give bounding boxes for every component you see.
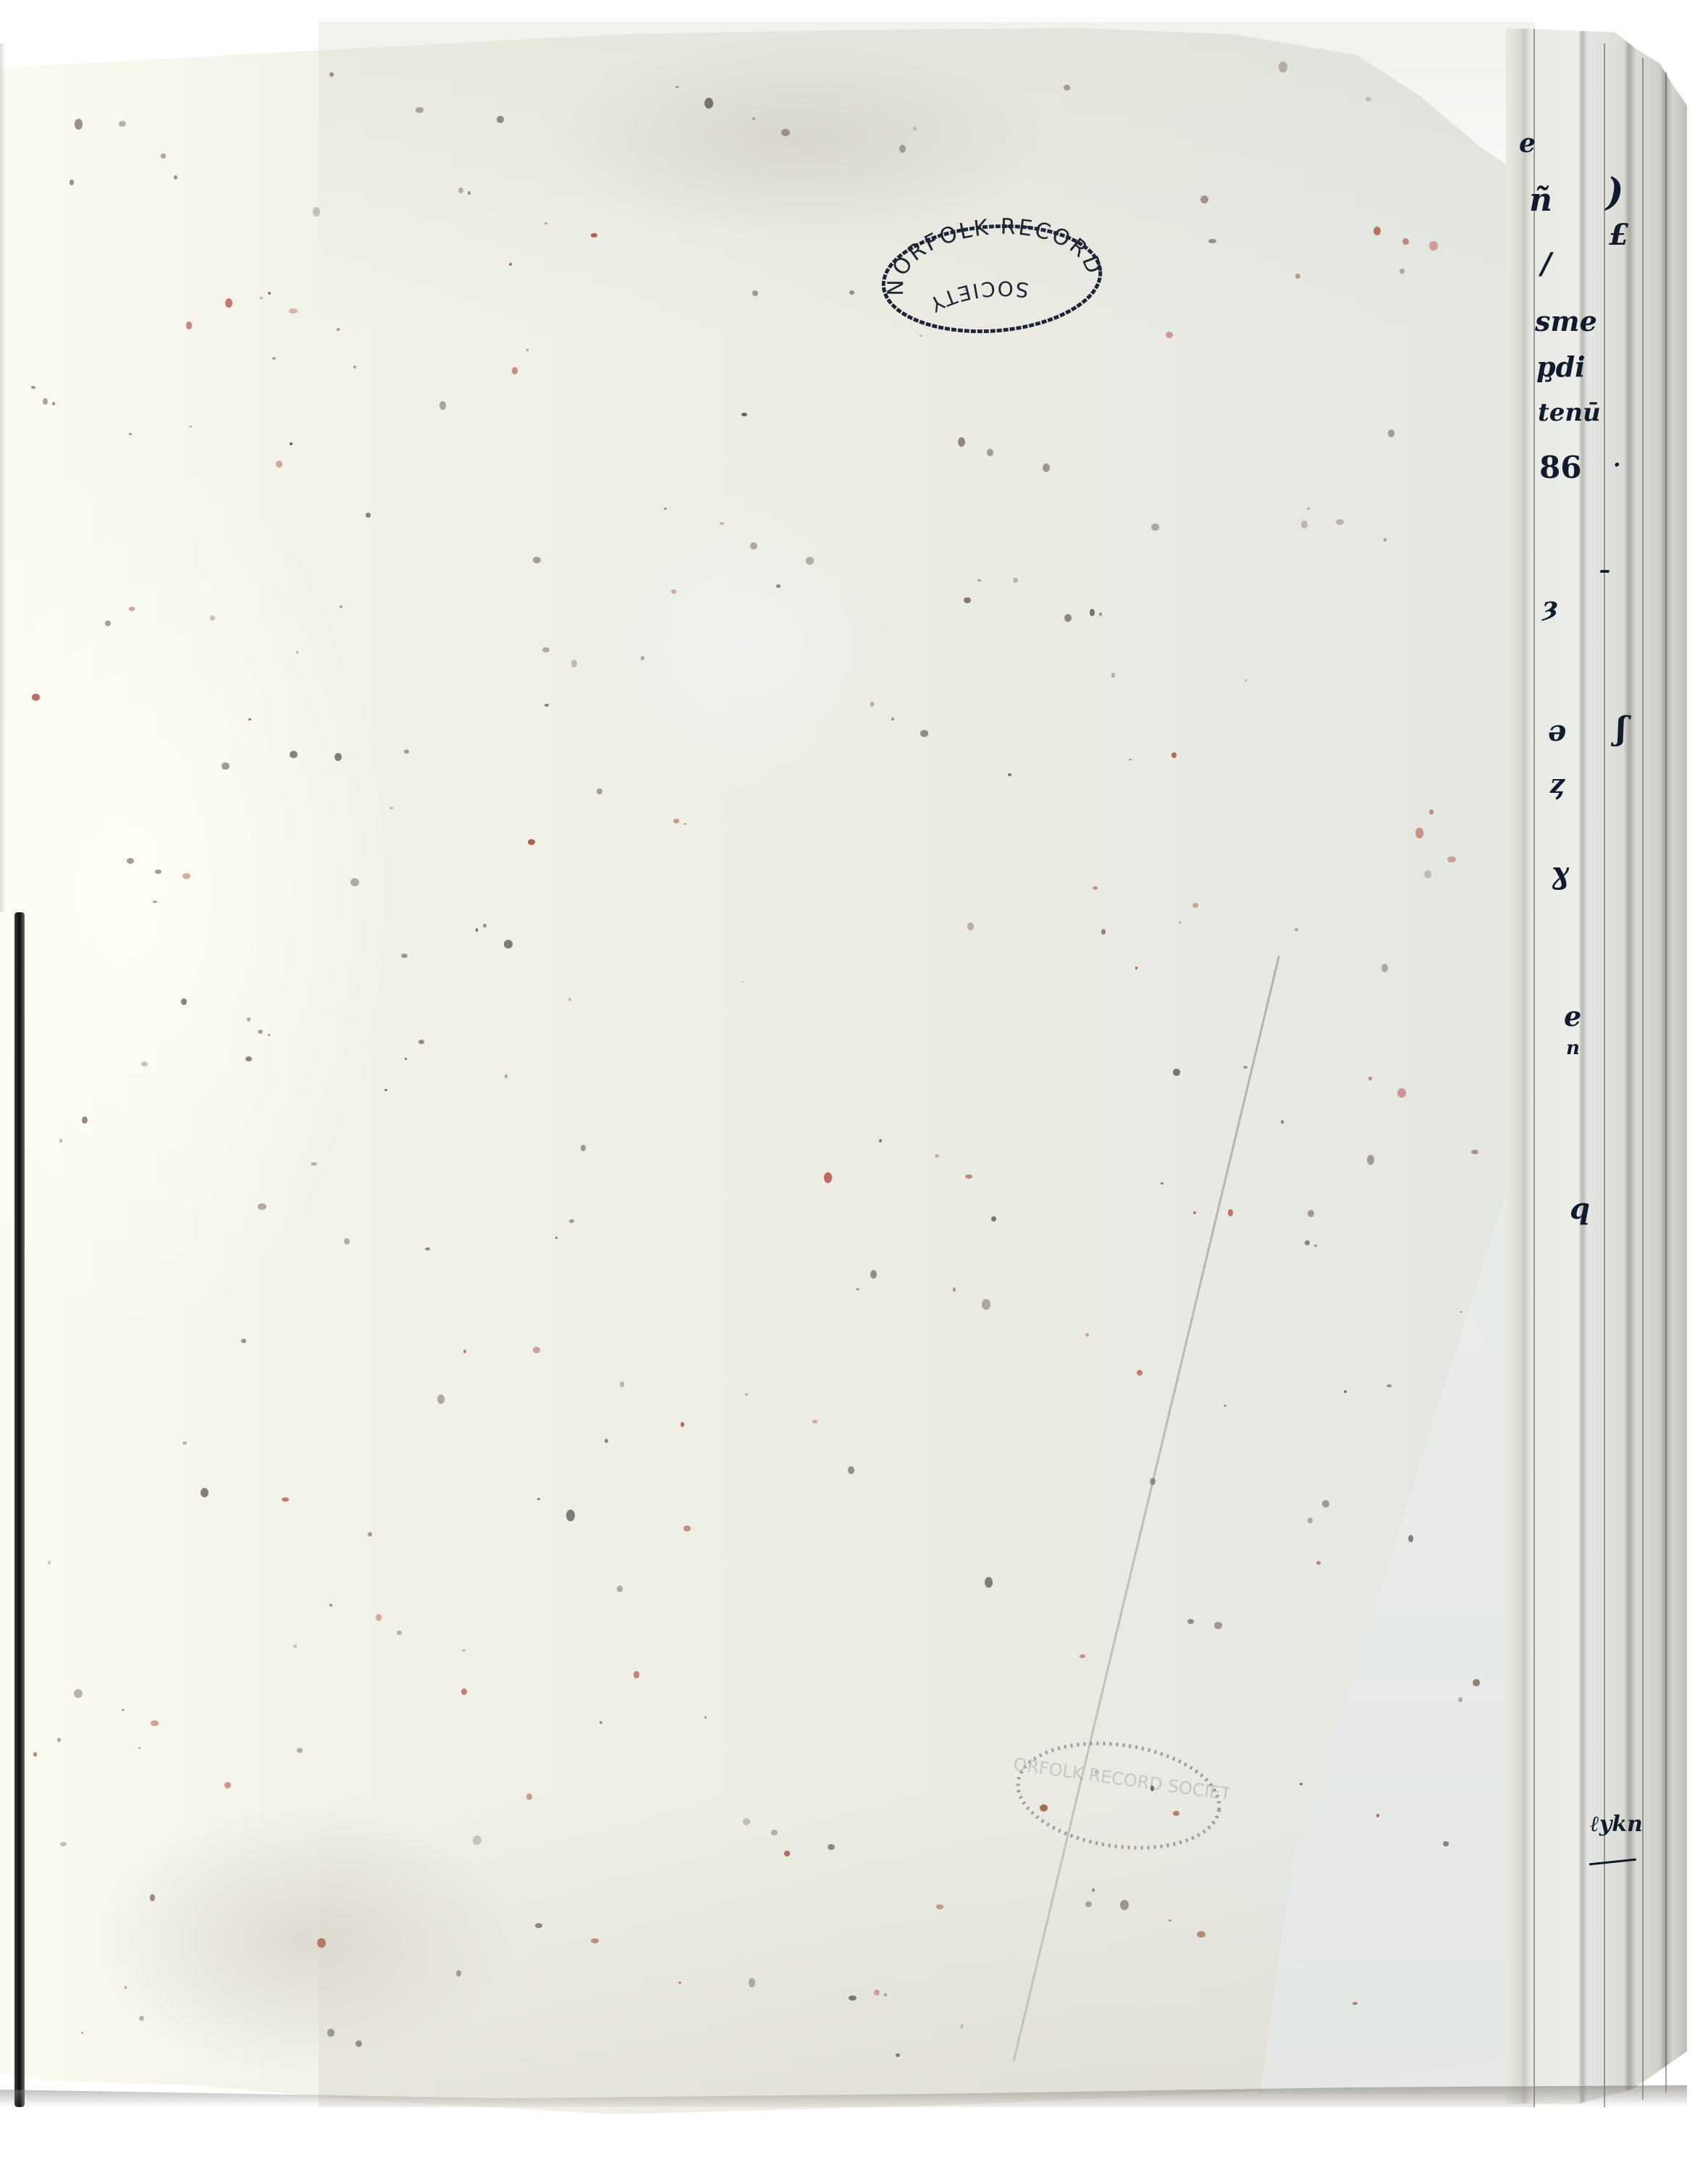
foxing-speck [222,762,229,770]
foxing-speck [248,718,251,720]
foxing-speck [849,1995,856,2001]
foxing-speck [958,437,965,447]
leaf-edge-line [1534,29,1535,2107]
foxing-speck [512,367,518,374]
foxing-speck [327,2029,335,2037]
foxing-speck [581,1145,586,1151]
marginal-word: sme [1535,308,1597,335]
foxing-speck [620,1381,624,1387]
foxing-speck [1447,857,1455,863]
foxing-speck [784,1851,789,1856]
foxing-speck [397,1631,402,1635]
marginal-glyph: ) [1606,174,1624,211]
foxing-speck [920,335,922,337]
foxing-speck [965,1174,972,1179]
stamp-oval-icon: NORFOLK RECORD SOCIETY [872,209,1111,348]
foxing-speck [1366,97,1371,102]
foxing-speck [745,1393,748,1396]
foxing-speck [1443,1841,1448,1846]
foxing-speck [1281,1120,1284,1124]
foxing-speck [1214,1622,1222,1628]
foxing-speck [1187,1619,1194,1623]
foxing-speck [1173,1069,1180,1075]
foxing-speck [771,1830,778,1835]
foxing-speck [1408,1535,1413,1542]
foxing-speck [891,718,894,720]
foxing-speck [201,1488,209,1497]
foxing-speck [743,1818,750,1825]
foxing-speck [70,180,74,185]
blank-leaf [0,22,1542,2114]
foxing-speck [268,1034,271,1036]
foxing-speck [967,922,973,930]
foxing-speck [247,1017,251,1022]
foxing-speck [1415,828,1423,838]
foxing-speck [1307,508,1310,510]
foxing-speck [1171,752,1177,758]
foxing-speck [276,460,282,467]
foxing-speck [1429,241,1437,251]
marginal-glyph: ȝ [1542,594,1558,620]
foxing-speck [1308,1518,1313,1523]
foxing-speck [605,1439,608,1443]
foxing-speck [311,1162,316,1166]
norfolk-record-society-stamp: NORFOLK RECORD SOCIETY [872,209,1111,348]
foxing-speck [1197,1931,1206,1938]
foxing-speck [935,1154,939,1158]
foxing-speck [673,819,678,823]
foxing-speck [337,328,340,331]
foxing-speck [987,449,993,457]
foxing-speck [566,1510,575,1521]
manuscript-scan: NORFOLK RECORD SOCIETY NORFOLK RECORD SO… [0,0,1708,2162]
foxing-speck [1090,609,1095,616]
foxing-speck [533,1347,540,1353]
foxing-speck [125,1986,127,1988]
faded-stamp-text: NORFOLK RECORD SOCIETY [1003,1752,1235,1806]
foxing-speck [1135,967,1137,969]
foxing-speck [884,1993,887,1996]
marginal-glyph: e [1564,1003,1581,1030]
foxing-speck [1424,870,1432,878]
foxing-speck [52,402,55,405]
foxing-speck [32,694,41,701]
foxing-speck [241,1339,246,1343]
marginal-glyph: / [1541,250,1552,279]
foxing-speck [750,542,757,550]
foxing-speck [416,107,424,113]
foxing-speck [961,2024,964,2028]
foxing-speck [129,433,132,435]
marginal-glyph: n [1566,1039,1580,1058]
foxing-speck [597,788,602,794]
leaf-edge-line [1604,43,1605,2107]
foxing-speck [1179,921,1181,924]
foxing-speck [1093,886,1098,890]
foxing-speck [210,615,215,621]
foxing-speck [537,1498,540,1500]
foxing-speck [752,117,755,120]
foxing-speck [526,1793,532,1800]
leaf-edge-line [1665,72,1667,2092]
marginal-glyph: ȥ [1549,771,1564,797]
foxing-speck [335,753,342,761]
foxing-speck [353,366,356,369]
foxing-speck [1008,773,1011,776]
foxing-speck [272,357,276,360]
marginal-word: tenū [1538,400,1601,425]
foxing-speck [1099,613,1102,616]
foxing-speck [849,290,854,295]
foxing-speck [289,308,298,314]
foxing-speck [181,998,186,1005]
marginal-glyph: q [1570,1195,1590,1224]
foxing-speck [473,1835,481,1845]
foxing-speck [1040,1804,1048,1812]
foxing-speck [591,233,597,237]
foxing-speck [186,321,193,329]
foxing-speck [1101,929,1106,935]
foxing-speck [641,656,644,660]
foxing-speck [75,119,83,129]
foxing-speck [182,873,190,880]
foxing-speck [105,621,110,626]
foxing-speck [418,1040,424,1044]
foxing-speck [936,1904,943,1909]
foxing-speck [568,998,571,1001]
foxing-speck [468,191,471,194]
foxing-speck [544,222,547,224]
foxing-speck [1120,1900,1129,1910]
marginal-glyph: e [1519,130,1536,156]
marginal-glyph: . [1613,449,1620,471]
foxing-speck [74,1689,83,1698]
foxing-speck [182,1442,187,1444]
foxing-speck [749,1978,756,1988]
foxing-speck [964,290,966,292]
foxing-speck [82,1116,88,1124]
foxing-speck [1137,1370,1143,1376]
foxing-speck [1384,538,1387,542]
foxing-speck [1473,1679,1480,1686]
foxing-speck [60,1842,67,1846]
foxing-speck [1224,1405,1227,1407]
foxing-speck [617,1586,623,1592]
foxing-speck [258,1203,266,1210]
marginal-glyph: ñ [1529,185,1552,216]
foxing-speck [591,1938,599,1943]
foxing-speck [1295,274,1300,279]
foxing-speck [1043,463,1050,472]
foxing-speck [483,924,486,928]
marginal-glyph: ə [1548,717,1566,746]
foxing-speck [404,749,408,754]
foxing-speck [48,1560,51,1564]
foxing-speck [313,207,320,216]
foxing-speck [122,1709,125,1711]
foxing-speck [1300,1783,1303,1785]
foxing-speck [741,981,744,983]
foxing-speck [1092,1888,1095,1892]
foxing-speck [329,1604,332,1607]
foxing-speck [141,1061,148,1067]
foxing-speck [1150,1785,1154,1791]
foxing-speck [1169,1919,1171,1922]
foxing-speck [461,1688,467,1696]
binding-edge [0,43,6,912]
foxing-speck [317,1938,325,1948]
foxing-speck [329,72,334,77]
foxing-speck [920,730,929,737]
foxing-speck [504,940,513,948]
foxing-speck [340,605,342,608]
foxing-speck [1301,521,1308,529]
foxing-speck [290,751,297,758]
foxing-speck [982,1299,990,1309]
foxing-speck [1376,1814,1379,1817]
marginal-glyph: ɣ [1551,858,1569,888]
foxing-speck [1064,85,1070,90]
foxing-speck [964,597,970,603]
foxing-speck [704,98,713,109]
foxing-speck [127,858,134,864]
foxing-speck [533,557,541,563]
foxing-speck [1064,614,1072,622]
foxing-speck [1080,1654,1085,1657]
foxing-speck [634,1671,639,1678]
foxing-speck [991,1216,996,1221]
foxing-speck [1400,269,1404,274]
foxing-speck [293,1644,296,1649]
foxing-speck [1314,1245,1317,1247]
foxing-speck [1316,1561,1321,1565]
marginal-word: p̧di [1536,353,1586,381]
foxing-speck [874,1990,879,1995]
foxing-speck [129,607,135,611]
foxing-speck [245,1056,251,1061]
foxing-speck [437,1395,445,1404]
svg-text:SOCIETY: SOCIETY [922,274,1032,319]
foxing-speck [509,263,512,266]
leaf-edge-line [1642,58,1644,2100]
foxing-speck [1200,195,1208,203]
foxing-speck [664,508,667,510]
marginal-glyph: ʃ [1616,713,1627,745]
foxing-speck [476,928,479,931]
foxing-speck [720,522,724,525]
foxing-speck [31,386,35,389]
marginal-word-bottom: ℓykn [1590,1814,1643,1835]
foxing-speck [913,127,916,130]
foxing-speck [535,1923,542,1928]
binding-gutter [14,912,25,2107]
marginal-glyph: £ [1609,221,1629,250]
foxing-speck [425,1248,430,1250]
foxing-speck [870,1270,877,1279]
foxing-speck [151,1720,159,1726]
foxing-speck [781,129,790,137]
foxing-speck [1013,578,1018,583]
foxing-speck [1151,523,1158,531]
foxing-speck [356,2040,362,2047]
foxing-speck [1095,1771,1098,1773]
marginal-number: 86 [1539,453,1581,483]
foxing-speck [260,297,263,299]
foxing-speck [282,1497,289,1502]
stamp-bottom-text: SOCIETY [922,274,1032,319]
foxing-speck [1111,673,1115,678]
foxing-speck [1368,1077,1371,1080]
foxing-speck [33,1752,37,1757]
foxing-speck [497,116,504,123]
foxing-speck [366,513,371,518]
